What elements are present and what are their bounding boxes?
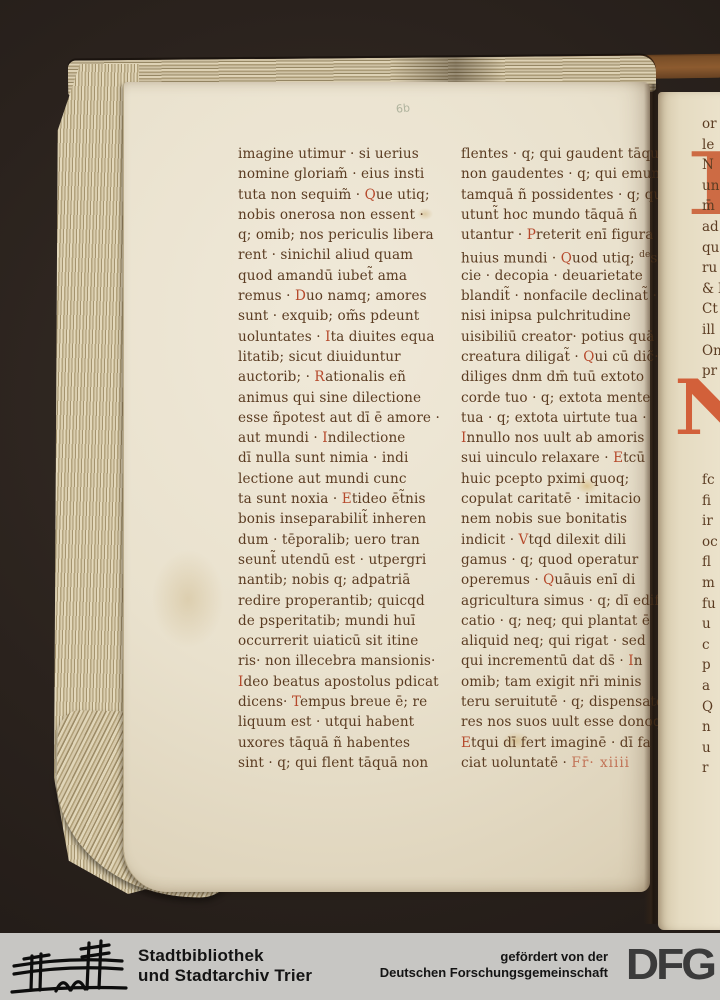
- manuscript-line: de psperitatib; mundi huī: [238, 611, 440, 631]
- library-name: Stadtbibliothek und Stadtarchiv Trier: [138, 946, 312, 985]
- next-page-text-fragment: oc: [702, 534, 718, 550]
- manuscript-line: aliquid neq; qui rigat · sed: [461, 631, 674, 651]
- library-name-line1: Stadtbibliothek: [138, 946, 312, 966]
- manuscript-line: copulat caritatē · imitacio: [461, 489, 674, 509]
- next-page-text-fragment: qu: [702, 240, 719, 256]
- pencil-foliation-note: 6b: [395, 101, 410, 115]
- manuscript-line: rent · sinichil aliud quam: [238, 245, 440, 265]
- manuscript-line: tua · q; extota uirtute tua ·: [461, 408, 674, 428]
- manuscript-line: diliges dnm dm̄ tuū extoto: [461, 367, 674, 387]
- manuscript-line: redire properantib; quicqd: [238, 591, 440, 611]
- manuscript-line: dum · tēporalib; uero tran: [238, 530, 440, 550]
- manuscript-line: occurrerit uiaticū sit itine: [238, 631, 440, 651]
- manuscript-line: tuta non sequim̃ · Que utiq;: [238, 185, 440, 205]
- manuscript-line: dicens· Tempus breue ē; re: [238, 692, 440, 712]
- library-bridge-logo-icon: [10, 936, 128, 998]
- footer-banner: Stadtbibliothek und Stadtarchiv Trier ge…: [0, 933, 720, 1000]
- funding-line2: Deutschen Forschungsgemeinschaft: [380, 965, 608, 981]
- manuscript-line: creatura diligat̃ · Qui cū dic̃·: [461, 347, 674, 367]
- manuscript-line: huius mundi · Quod utiq; despe: [461, 245, 674, 265]
- funding-line1: gefördert von der: [380, 949, 608, 965]
- next-page-text-fragment: ru: [702, 260, 717, 276]
- manuscript-line: res nos suos uult esse donoq;: [461, 712, 674, 732]
- next-page-text-fragment: a: [702, 678, 710, 694]
- next-page-text-fragment: m̄: [702, 198, 715, 214]
- next-page-text-fragment: m: [702, 575, 715, 591]
- manuscript-line: dī nulla sunt nimia · indi: [238, 448, 440, 468]
- next-page-text-fragment: un: [702, 178, 719, 194]
- next-page-text-fragment: ill: [702, 322, 715, 338]
- manuscript-line: nantib; nobis q; adpatriā: [238, 570, 440, 590]
- next-page-text-fragment: On: [702, 343, 720, 359]
- manuscript-line: uisibiliū creator· potius quā: [461, 327, 674, 347]
- next-page-text-fragment: u: [702, 740, 711, 756]
- manuscript-line: bonis inseparabilit̃ inheren: [238, 509, 440, 529]
- manuscript-line: blandit̃ · nonfacile declinat̃ ·: [461, 286, 674, 306]
- next-page-text-fragment: p: [702, 657, 711, 673]
- next-page-text-fragment: c: [702, 637, 710, 653]
- manuscript-line: nobis onerosa non essent ·: [238, 205, 440, 225]
- manuscript-line: sint · q; qui flent tāquā non: [238, 753, 440, 773]
- manuscript-line: operemus · Quāuis enī di: [461, 570, 674, 590]
- manuscript-line: esse ñpotest aut dī ē amore ·: [238, 408, 440, 428]
- next-page-text-fragment: fi: [702, 493, 711, 509]
- manuscript-line: nem nobis sue bonitatis: [461, 509, 674, 529]
- manuscript-line: sui uinculo relaxare · Etcū: [461, 448, 674, 468]
- manuscript-line: tamquā ñ possidentes · q; qui: [461, 185, 674, 205]
- manuscript-line: liquum est · utqui habent: [238, 712, 440, 732]
- next-page-text-fragment: le: [702, 137, 714, 153]
- funding-credit: gefördert von der Deutschen Forschungsge…: [380, 949, 608, 980]
- manuscript-line: catio · q; neq; qui plantat ē: [461, 611, 674, 631]
- manuscript-line: corde tuo · q; extota mente: [461, 388, 674, 408]
- red-initial-n: N: [674, 370, 720, 446]
- text-column-left: imagine utimur · si ueriusnomine gloriam…: [238, 144, 440, 773]
- manuscript-line: aut mundi · Indilectione: [238, 428, 440, 448]
- text-column-right: flentes · q; qui gaudent tāquānon gauden…: [461, 144, 674, 773]
- manuscript-line: quod amandū iubet̃ ama: [238, 266, 440, 286]
- manuscript-line: uoluntates · Ita diuites equa: [238, 327, 440, 347]
- next-page-text-fragment: ir: [702, 513, 713, 529]
- manuscript-line: non gaudentes · q; qui emunt: [461, 164, 674, 184]
- manuscript-line: uxores tāquā ñ habentes: [238, 733, 440, 753]
- manuscript-line: nisi inipsa pulchritudine: [461, 306, 674, 326]
- manuscript-line: utantur · Preterit enī figura: [461, 225, 674, 245]
- next-page-text-fragment: fu: [702, 596, 716, 612]
- next-page-text-fragment: r: [702, 760, 708, 776]
- manuscript-line: huic pcepto pximi quoq;: [461, 469, 674, 489]
- next-page-text-fragment: & l: [702, 281, 720, 297]
- manuscript-line: q; omib; nos periculis libera: [238, 225, 440, 245]
- next-page-text-fragment: or: [702, 116, 717, 132]
- manuscript-line: utunt̃ hoc mundo tāquā ñ: [461, 205, 674, 225]
- next-page-text-fragment: Ct: [702, 301, 718, 317]
- manuscript-line: flentes · q; qui gaudent tāquā: [461, 144, 674, 164]
- manuscript-line: teru seruitutē · q; dispensato: [461, 692, 674, 712]
- manuscript-line: indicit · Vtqd dilexit dili: [461, 530, 674, 550]
- manuscript-line: Innullo nos uult ab amoris: [461, 428, 674, 448]
- next-page-text-fragment: fl: [702, 554, 711, 570]
- next-page-text-fragment: N: [702, 157, 714, 173]
- manuscript-line: sunt · exquib; om̃s pdeunt: [238, 306, 440, 326]
- dfg-logo: DFG: [626, 938, 714, 989]
- manuscript-line: gamus · q; quod operatur: [461, 550, 674, 570]
- manuscript-line: litatib; sicut diuiduntur: [238, 347, 440, 367]
- next-page-text-fragment: n: [702, 719, 711, 735]
- next-page-text-fragment: u: [702, 616, 711, 632]
- manuscript-line: imagine utimur · si uerius: [238, 144, 440, 164]
- manuscript-line: cie · decopia · deuarietate: [461, 266, 674, 286]
- library-name-line2: und Stadtarchiv Trier: [138, 966, 312, 986]
- manuscript-page: 6b imagine utimur · si ueriusnomine glor…: [124, 82, 650, 892]
- manuscript-line: remus · Duo namq; amores: [238, 286, 440, 306]
- manuscript-line: agricultura simus · q; dī edifi: [461, 591, 674, 611]
- manuscript-line: ciat uoluntatē · Fr̄· xiiii: [461, 753, 674, 773]
- manuscript-line: lectione aut mundi cunc: [238, 469, 440, 489]
- manuscript-line: animus qui sine dilectione: [238, 388, 440, 408]
- parchment-stain: [152, 550, 224, 648]
- manuscript-line: Etqui dī fert imaginē · dī fa: [461, 733, 674, 753]
- manuscript-line: seunt̃ utendū est · utpergri: [238, 550, 440, 570]
- manuscript-line: qui incrementū dat ds̄ · In: [461, 651, 674, 671]
- next-page-sliver: I N orleNunm̄adquru& lCtillOnpr fcfiiroc…: [658, 92, 720, 930]
- manuscript-line: nomine gloriam̃ · eius insti: [238, 164, 440, 184]
- manuscript-line: ris· non illecebra mansionis·: [238, 651, 440, 671]
- next-page-text-fragment: pr: [702, 363, 717, 379]
- next-page-text-fragment: Q: [702, 699, 713, 715]
- manuscript-line: ta sunt noxia · Etideo ēt̃nis: [238, 489, 440, 509]
- manuscript-line: omib; tam exigit nr̄i minis: [461, 672, 674, 692]
- manuscript-line: auctorib; · Rationalis eñ: [238, 367, 440, 387]
- next-page-text-fragment: ad: [702, 219, 719, 235]
- manuscript-line: Ideo beatus apostolus pdicat: [238, 672, 440, 692]
- next-page-text-fragment: fc: [702, 472, 715, 488]
- manuscript-photo: 6b imagine utimur · si ueriusnomine glor…: [0, 0, 720, 1000]
